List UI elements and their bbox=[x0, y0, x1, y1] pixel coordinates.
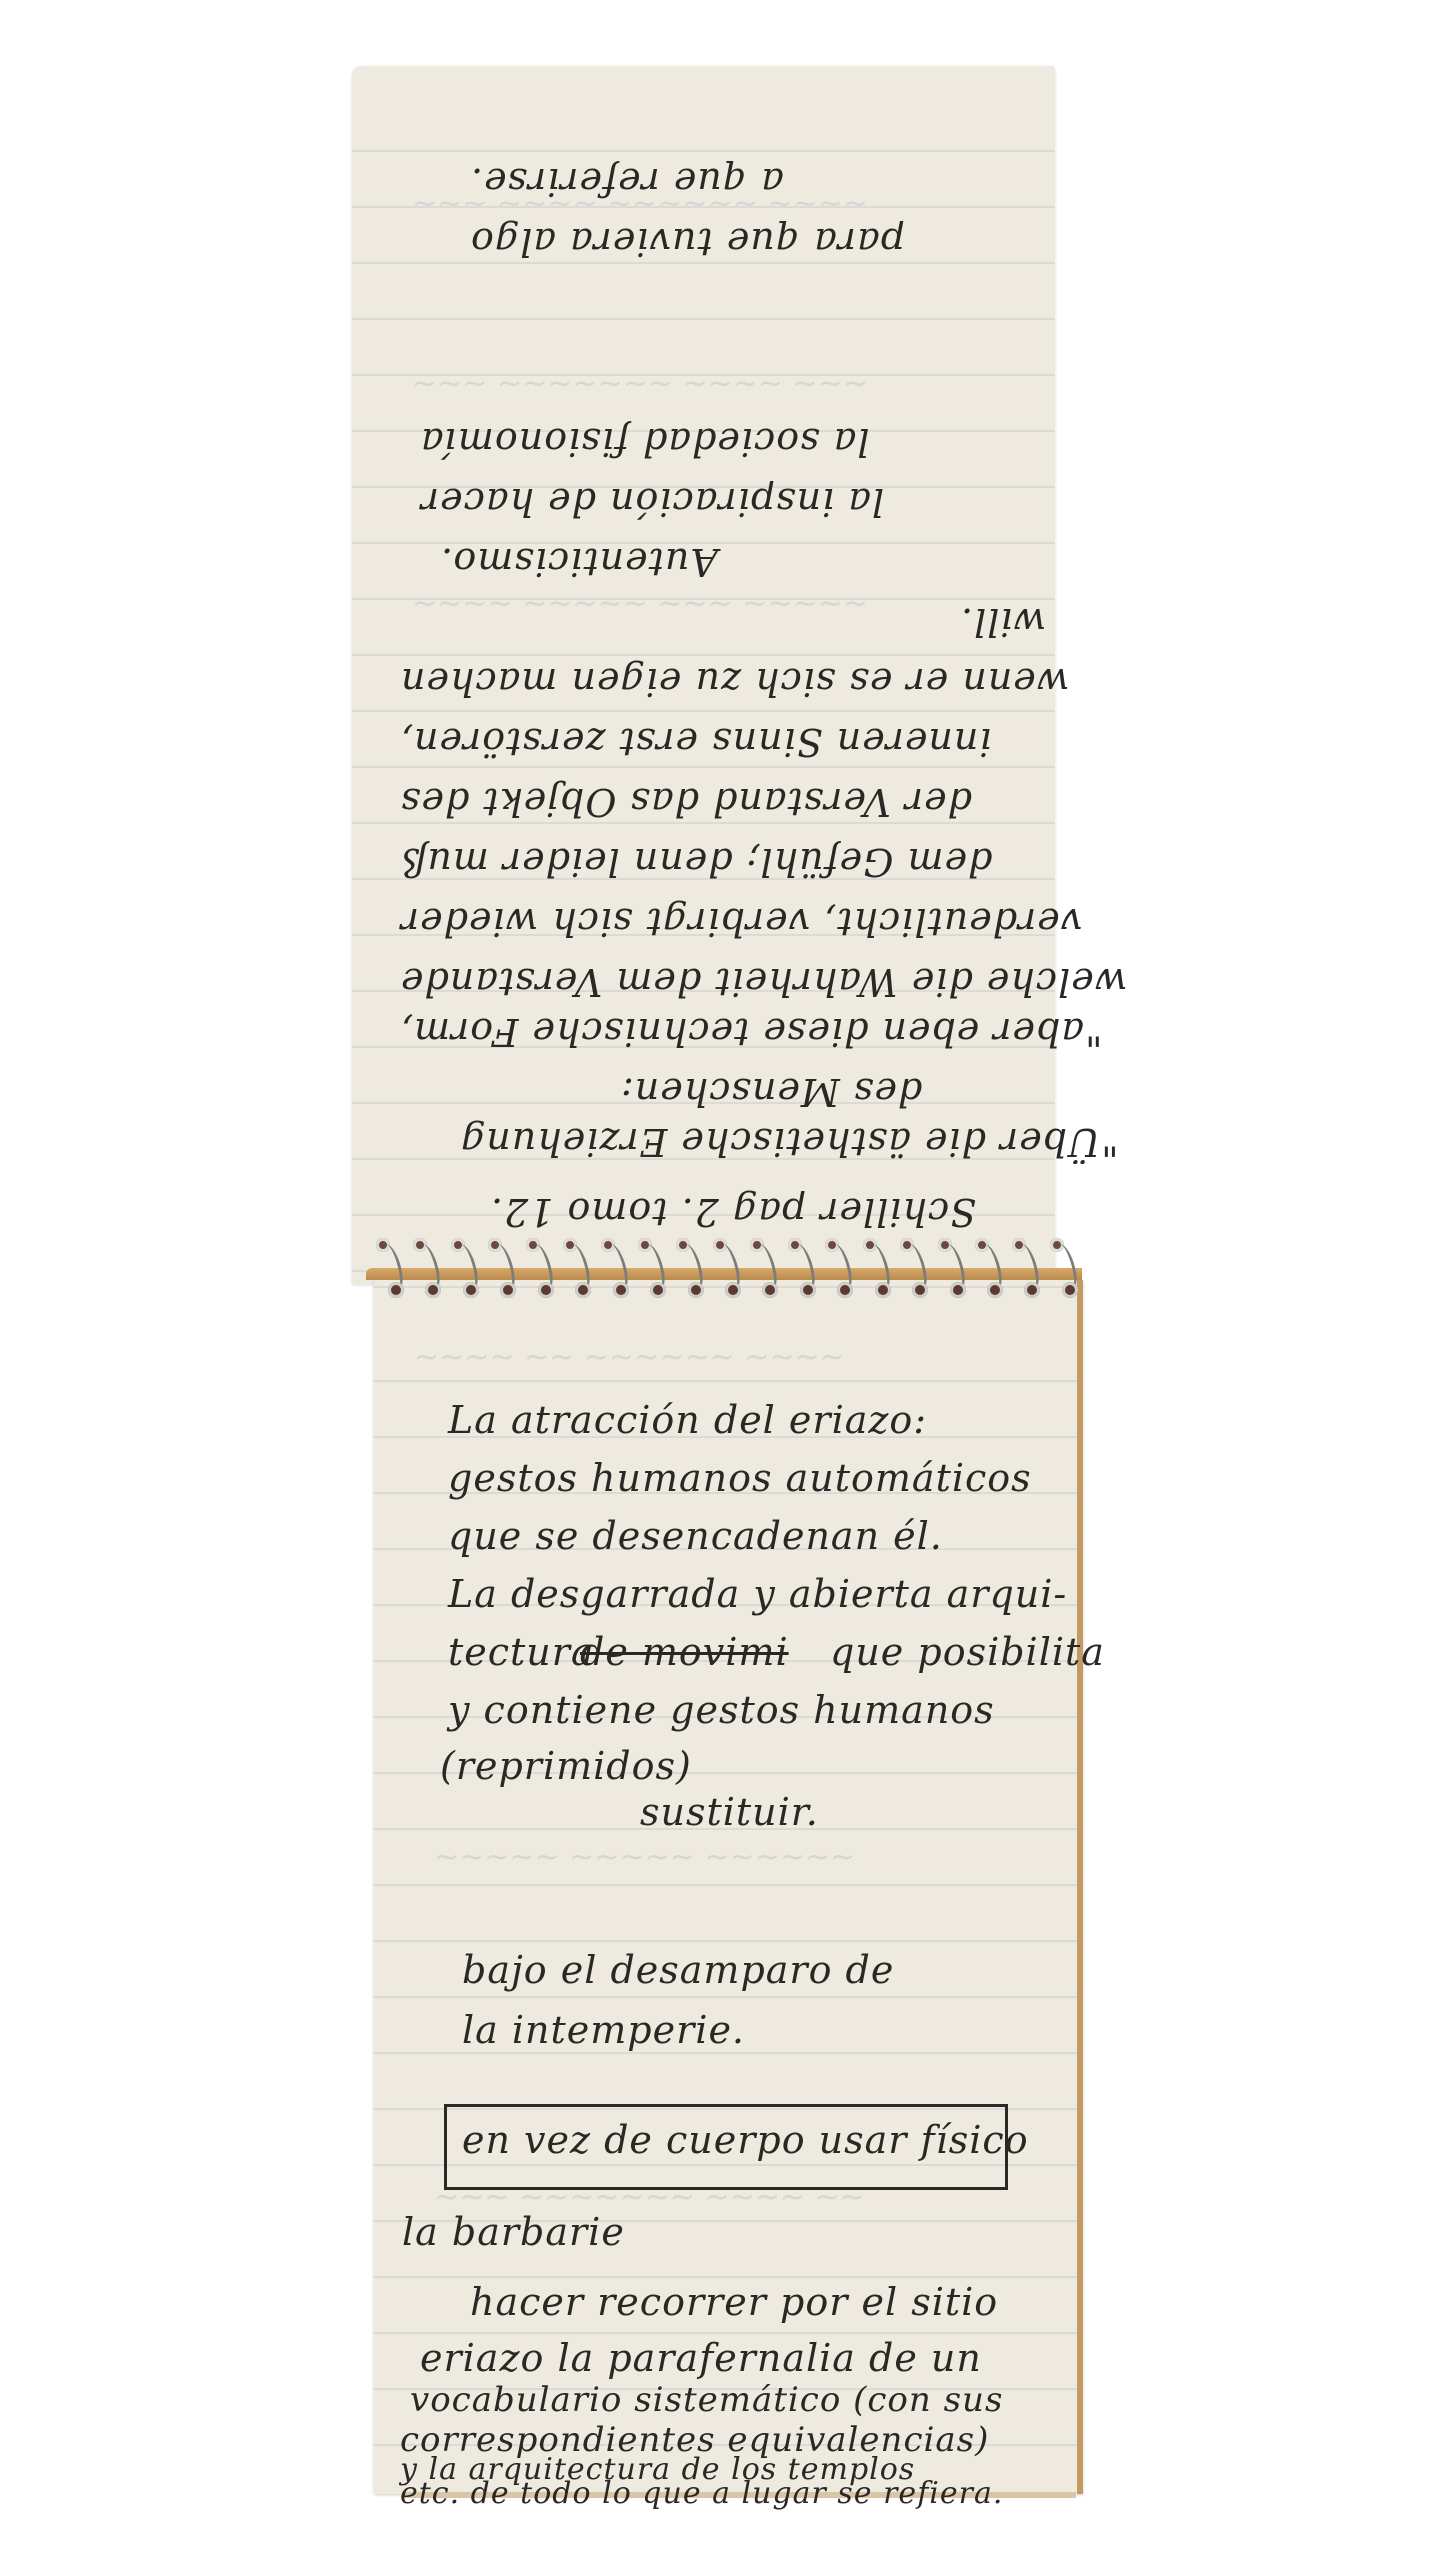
spiral-coil bbox=[372, 1230, 406, 1310]
spiral-coil bbox=[484, 1230, 518, 1310]
bottom-line-5: tectura bbox=[448, 1630, 595, 1674]
top-line-10: wenn er es sich zu eigen machen bbox=[400, 660, 1069, 704]
bottom-line-1: La atracción del eriazo: bbox=[448, 1398, 927, 1442]
spiral-coil bbox=[1046, 1230, 1080, 1310]
spiral-coil bbox=[971, 1230, 1005, 1310]
top-line-2: "Über die ästhetische Erziehung bbox=[460, 1120, 1119, 1164]
top-line-7: dem Gefühl; denn leider muß bbox=[400, 840, 992, 884]
spiral-coil bbox=[409, 1230, 443, 1310]
spiral-coil bbox=[634, 1230, 668, 1310]
spiral-coil bbox=[934, 1230, 968, 1310]
spiral-coil bbox=[709, 1230, 743, 1310]
bottom-line-5b: que posibilita bbox=[830, 1630, 1105, 1674]
top-line-9: inneren Sinns erst zerstören, bbox=[400, 720, 992, 764]
bleed-through-text: ~~~~ ~~ ~~~~~~ ~~~~ bbox=[414, 1340, 845, 1375]
spiral-coil bbox=[597, 1230, 631, 1310]
top-line-15: para que tuviera algo bbox=[470, 220, 905, 264]
top-line-6: verdeutlicht, verbirgt sich wieder bbox=[400, 900, 1082, 944]
top-line-13: la inspiración de hacer bbox=[420, 480, 884, 524]
bottom-line-3: que se desencadenan él. bbox=[448, 1514, 943, 1558]
bottom-line-8: sustituir. bbox=[640, 1790, 819, 1834]
struck-through-text: de movimi bbox=[580, 1630, 789, 1674]
top-line-4: "aber eben diese technische Form, bbox=[400, 1010, 1103, 1054]
spiral-coil bbox=[784, 1230, 818, 1310]
bottom-line-10: la intemperie. bbox=[462, 2008, 745, 2052]
bottom-line-7: (reprimidos) bbox=[440, 1744, 692, 1788]
bottom-line-11: la barbarie bbox=[402, 2210, 625, 2254]
bottom-line-17: etc. de todo lo que a lugar se refiera. bbox=[400, 2476, 1003, 2511]
bottom-line-2: gestos humanos automáticos bbox=[448, 1456, 1032, 1500]
bottom-line-6: y contiene gestos humanos bbox=[448, 1688, 995, 1732]
spiral-binding bbox=[366, 1230, 1086, 1310]
spiral-coil bbox=[746, 1230, 780, 1310]
spiral-coil bbox=[559, 1230, 593, 1310]
spiral-coil bbox=[447, 1230, 481, 1310]
top-line-14: la sociedad fisionomía bbox=[420, 420, 870, 464]
top-line-1: Schiller pag 2. tomo 12. bbox=[490, 1190, 976, 1234]
bleed-through-text: ~~~~~ ~~~ ~~~~~ ~~~~ bbox=[412, 586, 868, 621]
bleed-through-text: ~~~~~ ~~~~~ ~~~~~~ bbox=[434, 1840, 855, 1875]
bottom-line-13: eriazo la parafernalia de un bbox=[420, 2336, 982, 2380]
top-line-12: Autenticismo. bbox=[440, 540, 718, 584]
spiral-coil bbox=[859, 1230, 893, 1310]
top-line-5: welche die Wahrheit dem Verstande bbox=[400, 960, 1127, 1004]
top-line-3: des Menschen: bbox=[620, 1070, 922, 1114]
spiral-coil bbox=[522, 1230, 556, 1310]
bleed-through-text: ~~~ ~~~~ ~~~~~~~ ~~~ bbox=[412, 366, 868, 401]
top-line-8: der Verstand das Objekt des bbox=[400, 780, 972, 824]
spiral-coil bbox=[1008, 1230, 1042, 1310]
boxed-note: en vez de cuerpo usar físico bbox=[462, 2118, 1029, 2162]
top-line-11: will. bbox=[960, 600, 1046, 644]
bottom-line-9: bajo el desamparo de bbox=[462, 1948, 894, 1992]
spiral-coil bbox=[896, 1230, 930, 1310]
bottom-line-12: hacer recorrer por el sitio bbox=[470, 2280, 998, 2324]
top-line-16: a que referirse. bbox=[470, 160, 784, 204]
spiral-coil bbox=[672, 1230, 706, 1310]
spiral-coil bbox=[821, 1230, 855, 1310]
bottom-line-14: vocabulario sistemático (con sus bbox=[410, 2380, 1003, 2420]
bottom-line-4: La desgarrada y abierta arqui- bbox=[448, 1572, 1067, 1616]
